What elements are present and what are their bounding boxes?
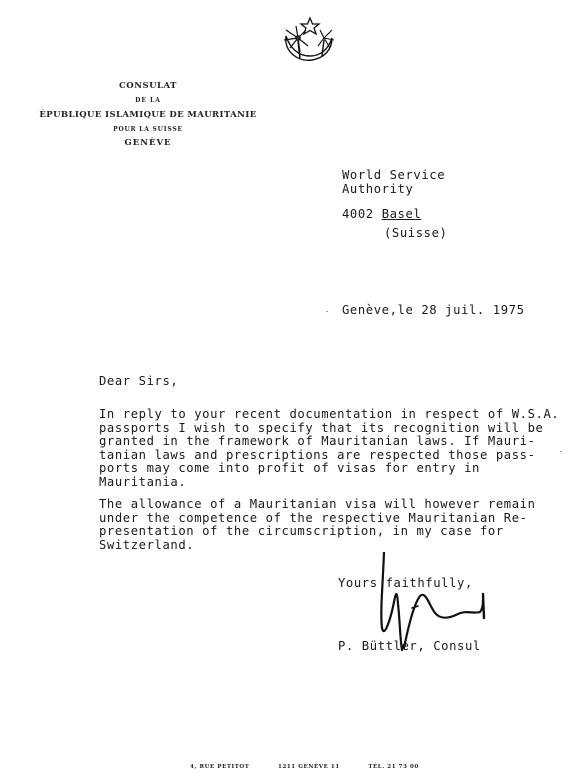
footer-postal: 1211 GENÈVE 11 xyxy=(278,764,340,770)
recipient-name-line2: Authority xyxy=(342,183,448,197)
scan-speck xyxy=(326,311,328,312)
body-paragraph-2: The allowance of a Mauritanian visa will… xyxy=(99,498,549,552)
recipient-postal-code: 4002 xyxy=(342,207,374,221)
letterhead-consulat: CONSULAT xyxy=(30,82,266,91)
scan-speck xyxy=(560,451,562,452)
recipient-address: World Service Authority 4002 Basel (Suis… xyxy=(342,169,448,240)
letter-footer: 4, RUE PETITOT 1211 GENÈVE 11 TÉL. 21 73… xyxy=(190,764,445,770)
letterhead-de-la: DE LA xyxy=(30,98,266,104)
recipient-name-line1: World Service xyxy=(342,169,448,183)
salutation: Dear Sirs, xyxy=(99,374,178,388)
national-emblem-icon xyxy=(276,16,340,64)
body-paragraph-1: In reply to your recent documentation in… xyxy=(99,408,549,490)
footer-address: 4, RUE PETITOT xyxy=(190,764,250,770)
footer-phone: TÉL. 21 73 00 xyxy=(368,764,419,770)
letterhead-pour-la-suisse: POUR LA SUISSE xyxy=(30,127,266,133)
recipient-country: (Suisse) xyxy=(342,227,448,241)
recipient-city-line: 4002 Basel xyxy=(342,208,448,222)
letter-date: Genève,le 28 juil. 1975 xyxy=(342,303,525,317)
letterhead-geneve: GENÈVE xyxy=(30,139,266,148)
consulate-letterhead: CONSULAT DE LA ÉPUBLIQUE ISLAMIQUE DE MA… xyxy=(30,78,266,148)
signer-name: P. Büttler, Consul xyxy=(338,639,481,653)
letter-page: CONSULAT DE LA ÉPUBLIQUE ISLAMIQUE DE MA… xyxy=(0,0,585,781)
letterhead-republic: ÉPUBLIQUE ISLAMIQUE DE MAURITANIE xyxy=(30,111,266,120)
recipient-city: Basel xyxy=(382,207,422,221)
